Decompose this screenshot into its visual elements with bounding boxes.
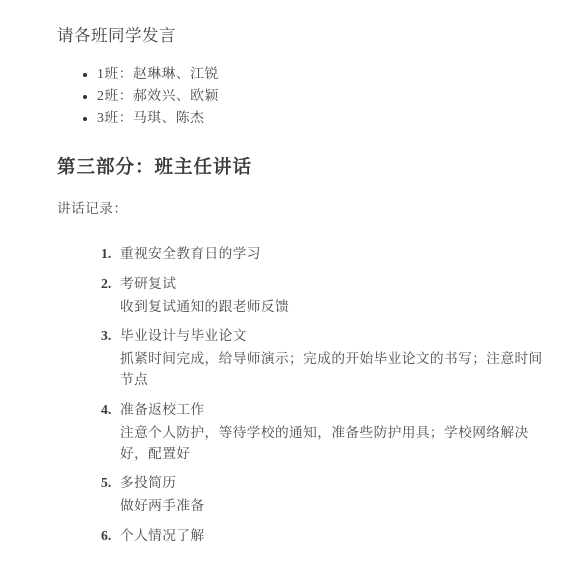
- item-detail: 注意个人防护，等待学校的通知，准备些防护用具；学校网络解决好，配置好: [120, 422, 544, 464]
- speech-item: 2. 考研复试 收到复试通知的跟老师反馈: [120, 273, 544, 317]
- speaker-item: 2班：郝效兴、欧颖: [97, 85, 544, 107]
- speech-item: 6. 个人情况了解: [120, 525, 544, 546]
- item-detail: 收到复试通知的跟老师反馈: [120, 296, 544, 317]
- item-detail: 做好两手准备: [120, 495, 544, 516]
- item-detail: 抓紧时间完成，给导师演示；完成的开始毕业论文的书写；注意时间节点: [120, 348, 544, 390]
- speakers-heading: 请各班同学发言: [57, 25, 544, 46]
- speech-item: 1. 重视安全教育日的学习: [120, 243, 544, 264]
- document-page: 请各班同学发言 1班：赵琳琳、江锐 2班：郝效兴、欧颖 3班：马琪、陈杰 第三部…: [0, 0, 562, 584]
- speech-intro-label: 讲话记录：: [57, 198, 544, 219]
- item-number: 1.: [101, 243, 111, 264]
- item-number: 4.: [101, 399, 111, 420]
- speech-list: 1. 重视安全教育日的学习 2. 考研复试 收到复试通知的跟老师反馈 3. 毕业…: [57, 243, 544, 546]
- item-number: 6.: [101, 525, 111, 546]
- item-title: 个人情况了解: [120, 528, 205, 543]
- speaker-item: 3班：马琪、陈杰: [97, 107, 544, 129]
- section-heading: 第三部分：班主任讲话: [57, 155, 544, 181]
- item-title: 准备返校工作: [120, 402, 205, 417]
- speaker-item: 1班：赵琳琳、江锐: [97, 63, 544, 85]
- speech-item: 5. 多投简历 做好两手准备: [120, 472, 544, 516]
- item-title: 重视安全教育日的学习: [120, 246, 261, 261]
- item-number: 2.: [101, 273, 111, 294]
- speaker-list: 1班：赵琳琳、江锐 2班：郝效兴、欧颖 3班：马琪、陈杰: [57, 63, 544, 129]
- item-number: 5.: [101, 472, 111, 493]
- item-number: 3.: [101, 325, 111, 346]
- speech-item: 4. 准备返校工作 注意个人防护，等待学校的通知，准备些防护用具；学校网络解决好…: [120, 399, 544, 464]
- item-title: 毕业设计与毕业论文: [120, 328, 247, 343]
- item-title: 考研复试: [120, 276, 176, 291]
- item-title: 多投简历: [120, 475, 176, 490]
- speech-item: 3. 毕业设计与毕业论文 抓紧时间完成，给导师演示；完成的开始毕业论文的书写；注…: [120, 325, 544, 390]
